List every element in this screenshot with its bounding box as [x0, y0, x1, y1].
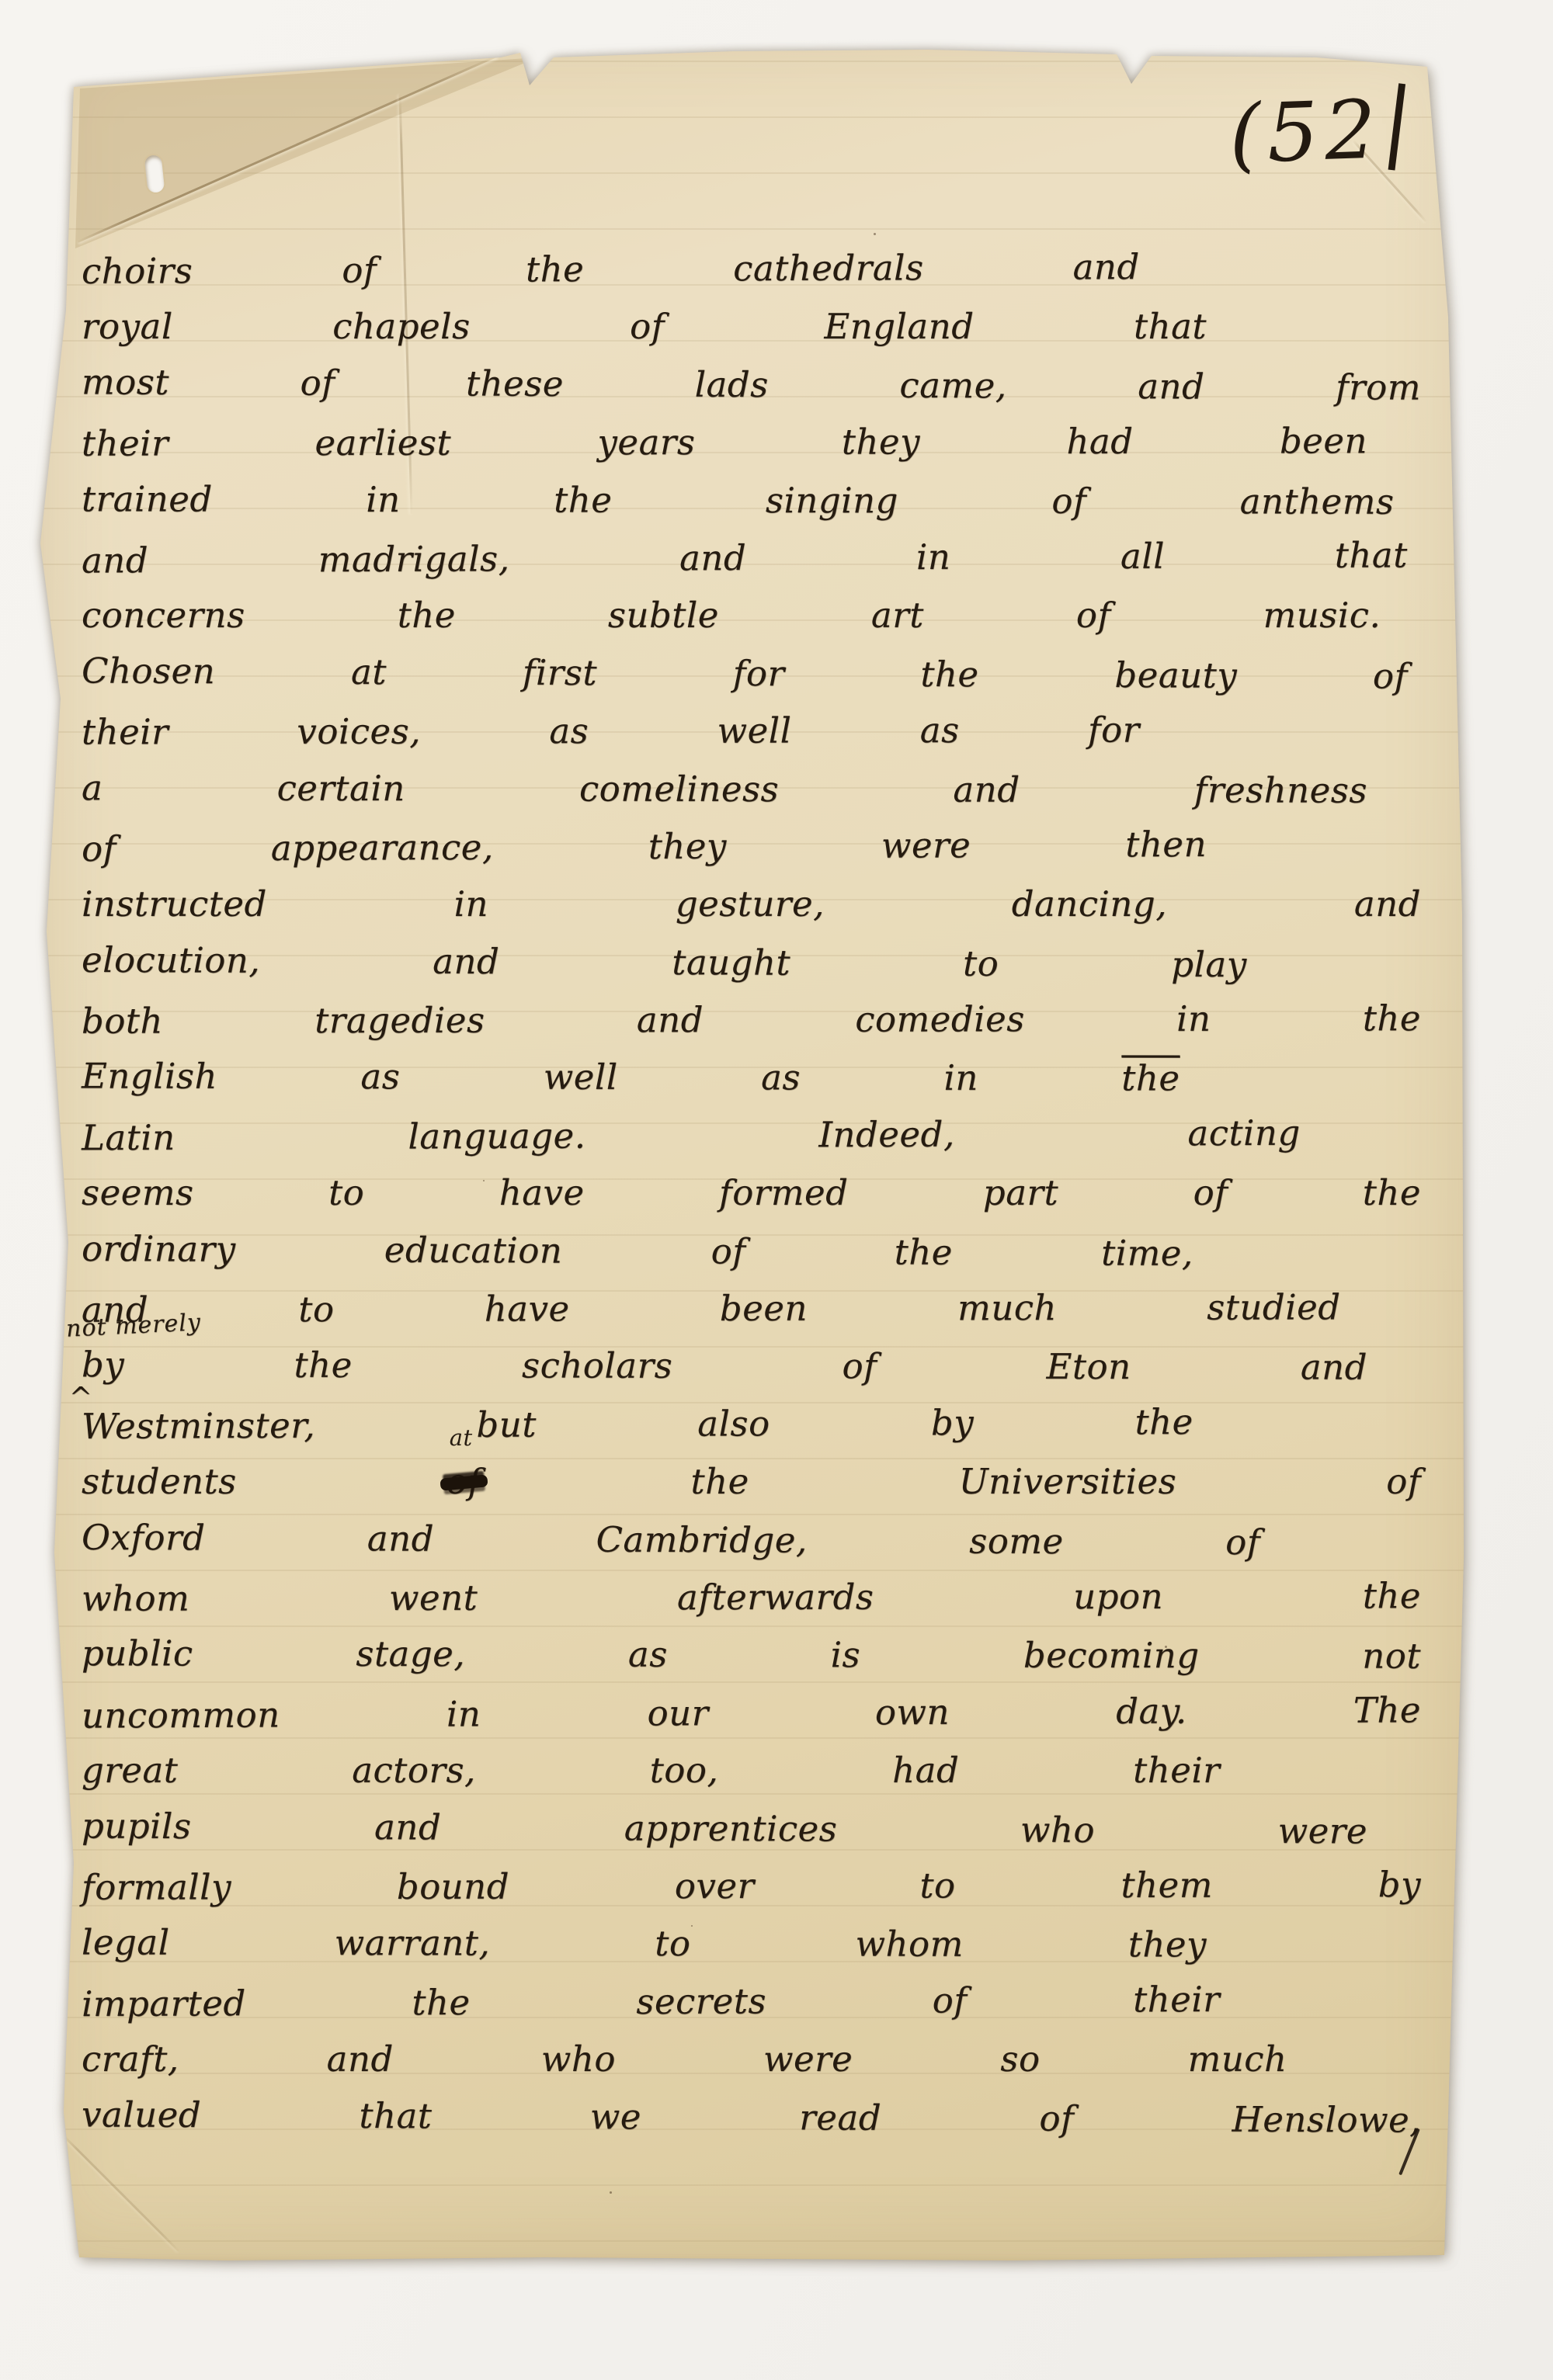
struck-word-text: of [446, 1461, 481, 1502]
manuscript-line: English as well as in the [82, 1048, 1180, 1108]
manuscript-page-wrap: (52| choirs of the cathedrals androyal c… [35, 22, 1471, 2263]
manuscript-line: of appearance, they were then [82, 816, 1207, 878]
manuscript-line: instructed in gesture, dancing, and [82, 876, 1421, 933]
manuscript-line: concerns the subtle art of music. [82, 587, 1381, 644]
manuscript-line: most of these lads came, and from [82, 353, 1421, 417]
manuscript-line: pupils and apprentices who were [82, 1797, 1367, 1860]
manuscript-line: their earliest years they had been [82, 412, 1367, 473]
manuscript-line: trained in the singing of anthems [82, 470, 1395, 531]
punch-hole [144, 154, 165, 193]
manuscript-line: formally bound over to them by [82, 1856, 1421, 1917]
page-number-text: (52 [1228, 82, 1384, 182]
manuscript-line: Latin language. Indeed, acting [82, 1105, 1301, 1167]
manuscript-line: whom went afterwards upon the [82, 1567, 1421, 1628]
manuscript-line: valued that we read of Henslowe, [82, 2086, 1421, 2149]
ink-speck [874, 233, 876, 235]
page-number-bracket-mark: | [1377, 68, 1424, 173]
manuscript-line: Westminster, but also by the [82, 1393, 1193, 1455]
manuscript-line: their voices, as well as for [82, 702, 1140, 762]
page-number: (52| [1228, 76, 1419, 183]
manuscript-line: students ofat the Universities of [82, 1453, 1421, 1511]
manuscript-line: great actors, too, had their [82, 1742, 1220, 1799]
manuscript-line: imparted the secrets of their [82, 1971, 1221, 2034]
manuscript-line: by the scholars of Eton andnot merely^ [82, 1337, 1367, 1397]
manuscript-line: both tragedies and comedies in the [82, 990, 1421, 1050]
manuscript-text: choirs of the cathedrals androyal chapel… [82, 241, 1421, 2146]
manuscript-line: public stage, as is becoming not [82, 1625, 1421, 1686]
manuscript-line: craft, and who were so much [82, 2031, 1287, 2088]
scanned-manuscript: { "document": { "kind": "handwritten man… [0, 0, 1553, 2380]
manuscript-line: elocution, and taught to play [82, 932, 1247, 994]
manuscript-line: and to have been much studied [82, 1278, 1341, 1339]
interline-insertion: not merely [65, 1311, 201, 1341]
manuscript-line: seems to have formed part of the [82, 1164, 1421, 1222]
manuscript-line: legal warrant, to whom they [82, 1914, 1207, 1974]
manuscript-line: choirs of the cathedrals and [82, 238, 1140, 300]
overlined-word: the [1121, 1058, 1180, 1099]
manuscript-line: ordinary education of the time, [82, 1220, 1193, 1282]
manuscript-line: and madrigals, and in all that [82, 526, 1408, 590]
fold-crease [77, 55, 498, 243]
manuscript-page: (52| choirs of the cathedrals androyal c… [35, 22, 1471, 2263]
fold-crease [63, 2135, 180, 2252]
ink-speck [610, 2191, 612, 2194]
manuscript-line: uncommon in our own day. The [82, 1681, 1421, 1745]
manuscript-line: royal chapels of England that [82, 298, 1207, 356]
manuscript-line: Chosen at first for the beauty of [82, 642, 1408, 706]
struck-out-word: ofat [446, 1453, 481, 1511]
manuscript-line: a certain comeliness and freshness [82, 759, 1367, 820]
correction-word-above: at [450, 1427, 473, 1449]
manuscript-line: Oxford and Cambridge, some of [82, 1508, 1260, 1571]
